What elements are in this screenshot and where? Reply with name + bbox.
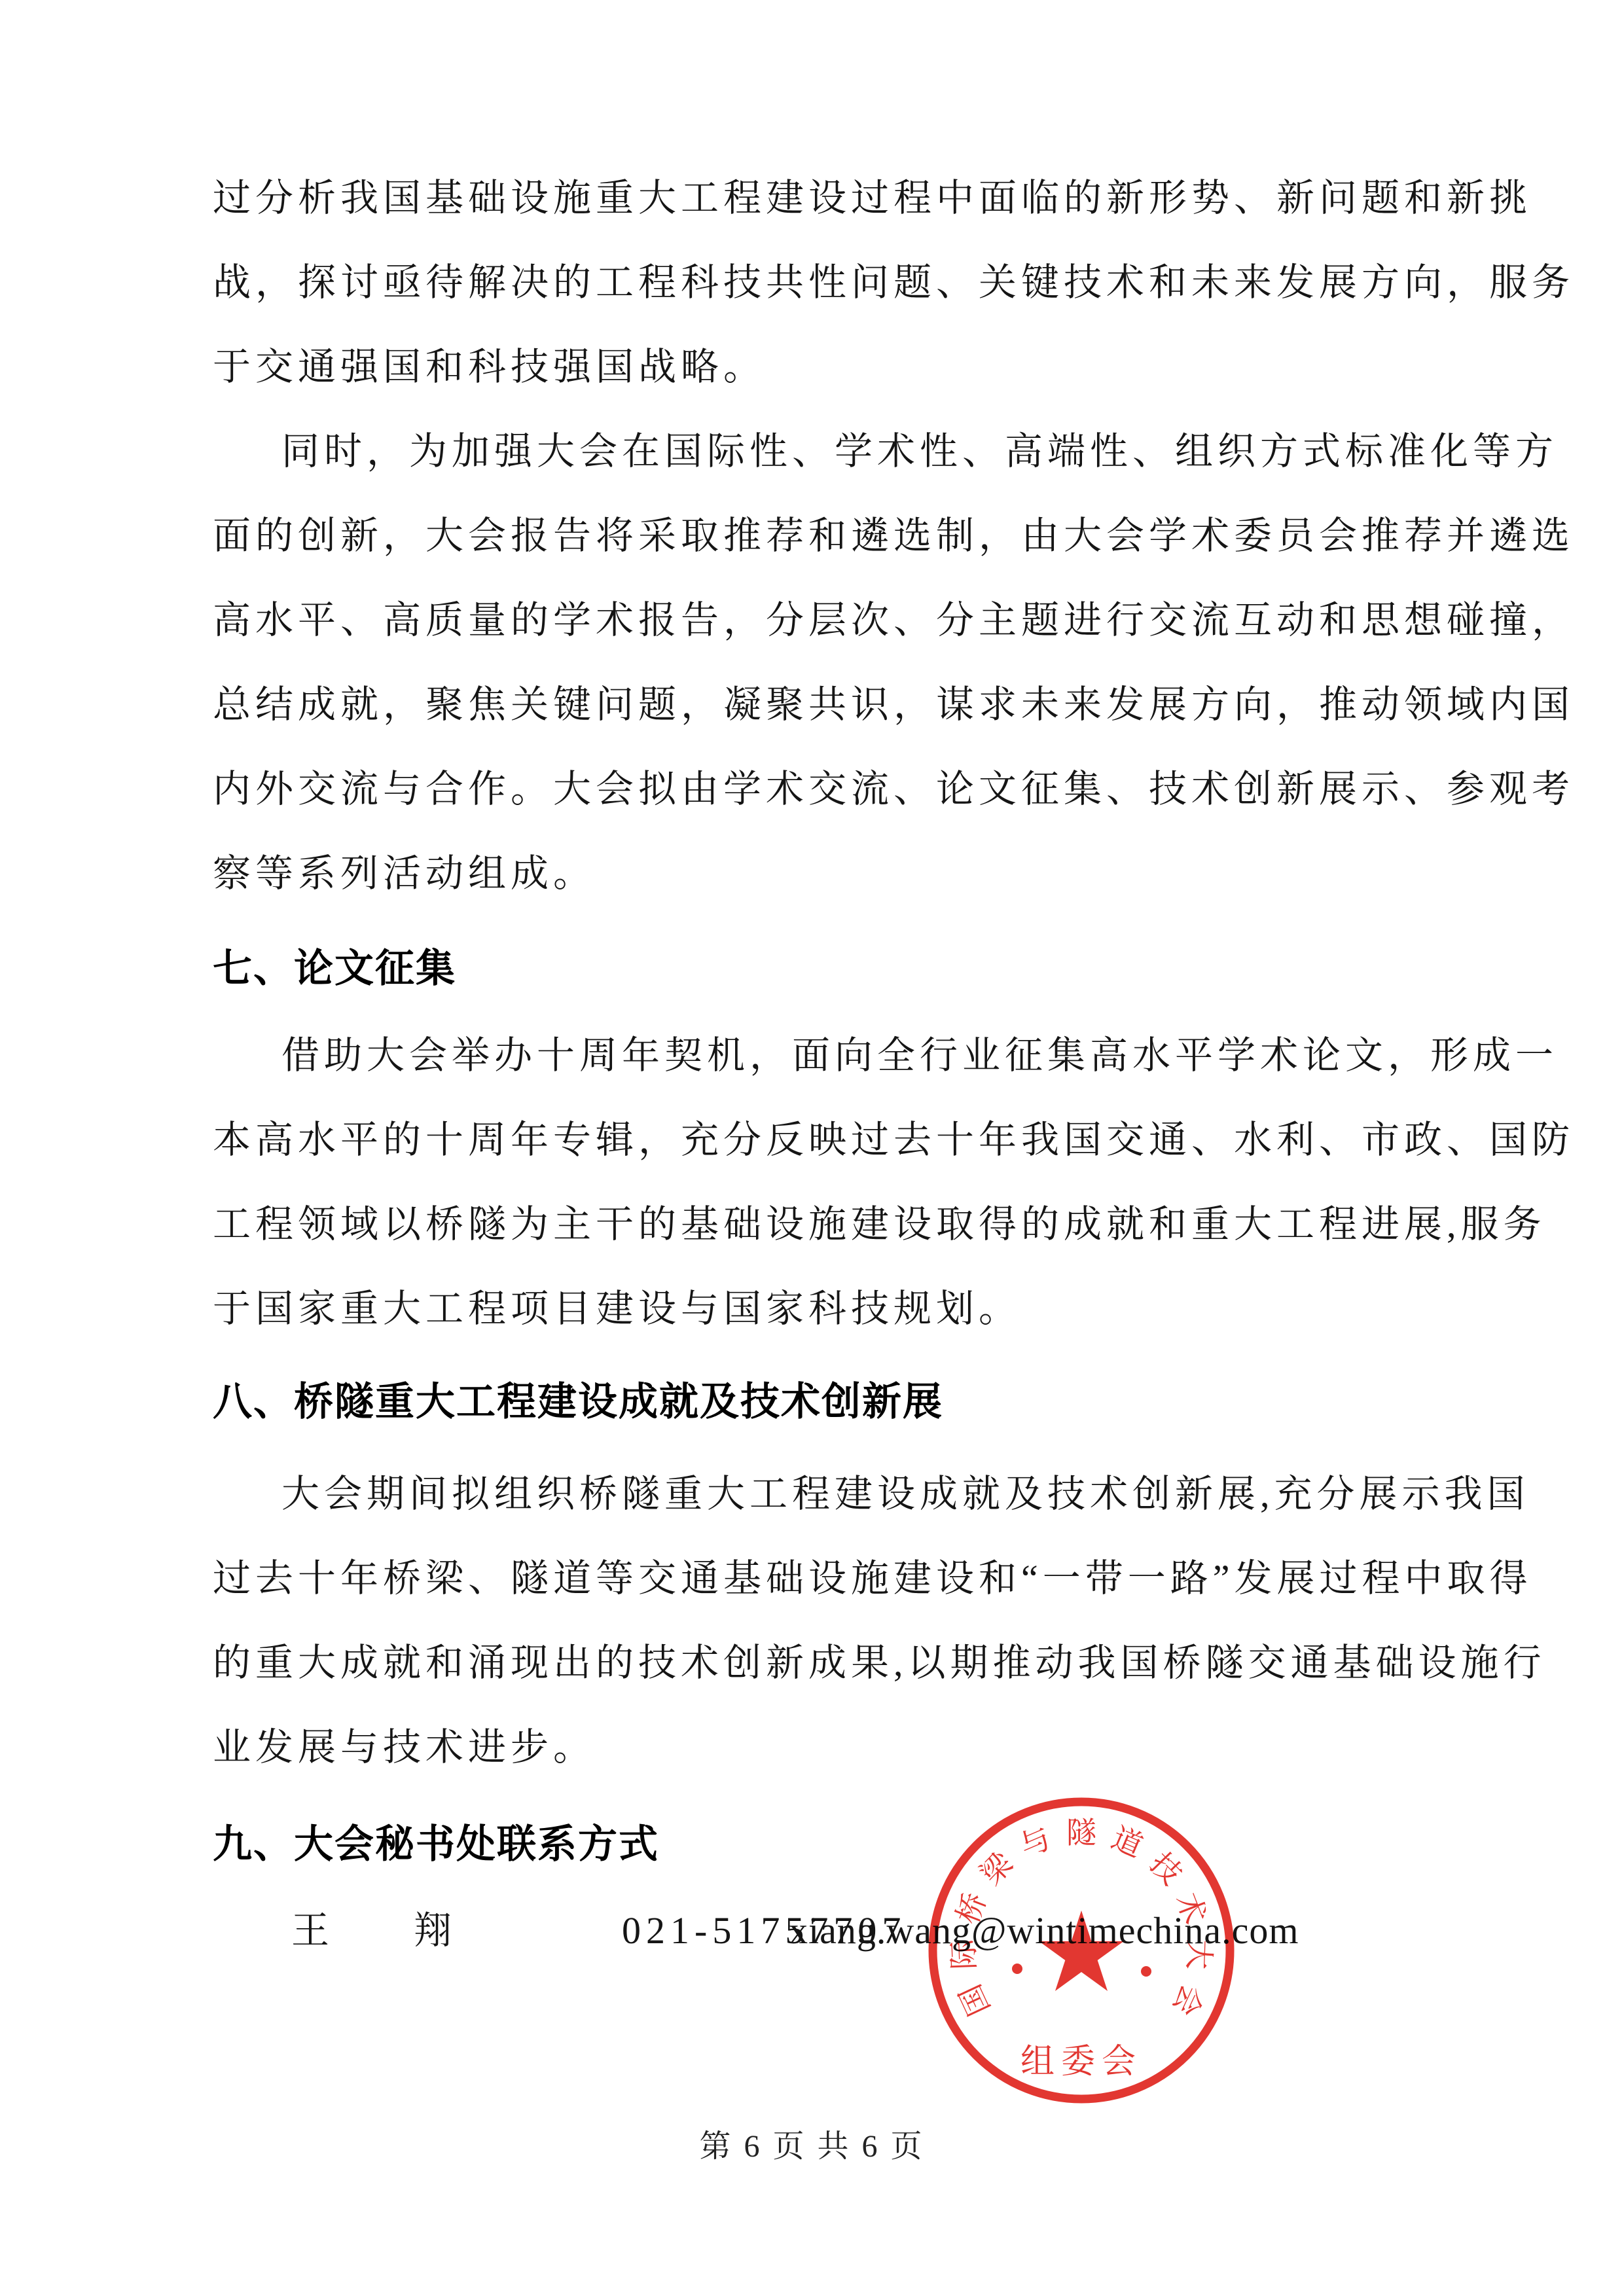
seal-bottom-text: 组委会 bbox=[1020, 2043, 1142, 2081]
page-number-footer: 第 6 页 共 6 页 bbox=[0, 2128, 1624, 2165]
seal-ring-char: 技 bbox=[1144, 1846, 1189, 1892]
seal-ring-char: 会 bbox=[1166, 1979, 1210, 2020]
contact-name-char: 翔 bbox=[414, 1888, 452, 1973]
secretariat-contact-row: 王 翔 021-51757707 xiang.wang@wintimechina… bbox=[0, 1888, 1624, 1973]
body-line: 工程领域以桥隧为主干的基础设施建设取得的成就和重大工程进展,服务 bbox=[213, 1182, 1509, 1266]
body-line: 过去十年桥梁、隧道等交通基础设施建设和“一带一路”发展过程中取得 bbox=[213, 1536, 1509, 1621]
contact-email: xiang.wang@wintimechina.com bbox=[789, 1888, 1299, 1973]
body-line: 察等系列活动组成。 bbox=[213, 831, 1509, 916]
body-line: 于国家重大工程项目建设与国家科技规划。 bbox=[213, 1266, 1509, 1351]
body-line: 借助大会举办十周年契机，面向全行业征集高水平学术论文，形成一 bbox=[213, 1013, 1509, 1098]
body-line: 的重大成就和涌现出的技术创新成果,以期推动我国桥隧交通基础设施行 bbox=[213, 1621, 1509, 1705]
body-line: 总结成就，聚焦关键问题，凝聚共识，谋求未来发展方向，推动领域内国 bbox=[213, 662, 1509, 747]
paragraph-innovation: 同时，为加强大会在国际性、学术性、高端性、组织方式标准化等方 面的创新，大会报告… bbox=[213, 409, 1509, 916]
seal-ring-char: 隧 bbox=[1066, 1816, 1097, 1850]
body-line: 过分析我国基础设施重大工程建设过程中面临的新形势、新问题和新挑 bbox=[213, 156, 1509, 240]
body-line: 本高水平的十周年专辑，充分反映过去十年我国交通、水利、市政、国防 bbox=[213, 1098, 1509, 1182]
paragraph-exhibition: 大会期间拟组织桥隧重大工程建设成就及技术创新展,充分展示我国 过去十年桥梁、隧道… bbox=[213, 1452, 1509, 1789]
section-heading-7: 七、论文征集 bbox=[213, 949, 456, 988]
body-line: 于交通强国和科技强国战略。 bbox=[213, 325, 1509, 409]
body-line: 高水平、高质量的学术报告，分层次、分主题进行交流互动和思想碰撞， bbox=[213, 578, 1509, 662]
document-page: 过分析我国基础设施重大工程建设过程中面临的新形势、新问题和新挑 战，探讨亟待解决… bbox=[0, 0, 1624, 2296]
seal-ring-char: 道 bbox=[1107, 1821, 1147, 1863]
paragraph-papers: 借助大会举办十周年契机，面向全行业征集高水平学术论文，形成一 本高水平的十周年专… bbox=[213, 1013, 1509, 1351]
contact-name-char: 王 bbox=[291, 1888, 329, 1973]
body-line: 同时，为加强大会在国际性、学术性、高端性、组织方式标准化等方 bbox=[213, 409, 1509, 493]
seal-ring-char: 与 bbox=[1015, 1821, 1056, 1863]
seal-ring-char: 国 bbox=[953, 1979, 996, 2020]
body-line: 大会期间拟组织桥隧重大工程建设成就及技术创新展,充分展示我国 bbox=[213, 1452, 1509, 1536]
seal-ring-char: 梁 bbox=[975, 1846, 1020, 1892]
paragraph-continuation: 过分析我国基础设施重大工程建设过程中面临的新形势、新问题和新挑 战，探讨亟待解决… bbox=[213, 156, 1509, 409]
body-line: 战，探讨亟待解决的工程科技共性问题、关键技术和未来发展方向，服务 bbox=[213, 240, 1509, 325]
body-line: 内外交流与合作。大会拟由学术交流、论文征集、技术创新展示、参观考 bbox=[213, 747, 1509, 831]
section-heading-9: 九、大会秘书处联系方式 bbox=[213, 1825, 659, 1864]
body-line: 业发展与技术进步。 bbox=[213, 1705, 1509, 1789]
body-line: 面的创新，大会报告将采取推荐和遴选制，由大会学术委员会推荐并遴选 bbox=[213, 493, 1509, 578]
section-heading-8: 八、桥隧重大工程建设成就及技术创新展 bbox=[213, 1382, 943, 1422]
